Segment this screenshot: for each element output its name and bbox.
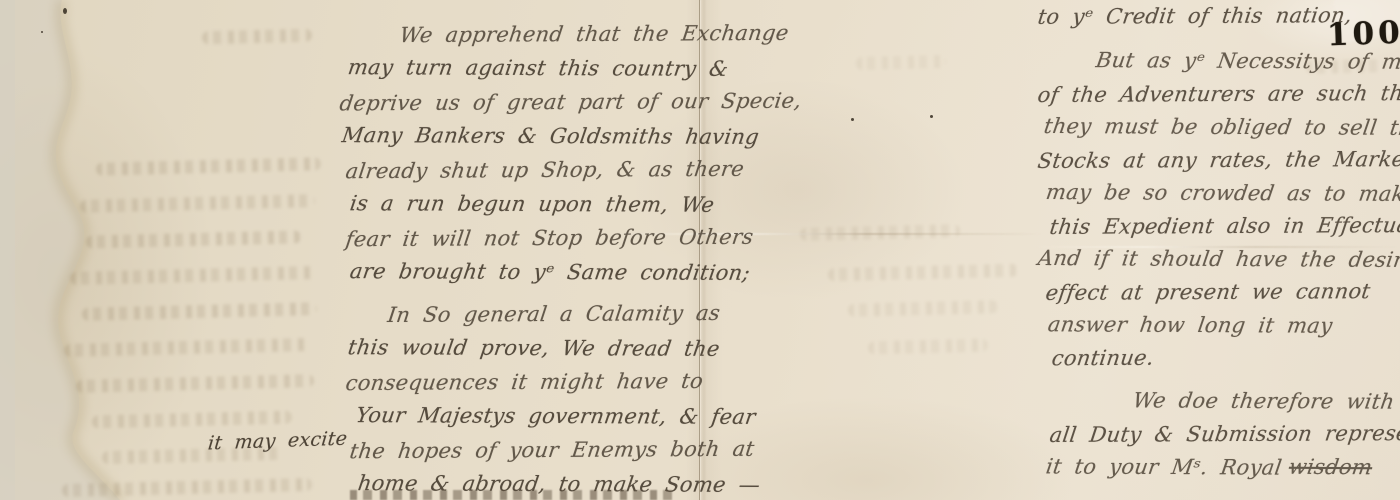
manuscript-line: deprive us of great part of our Specie,: [340, 90, 720, 124]
manuscript-line-text: fear it will not Stop before Others: [344, 225, 755, 251]
manuscript-line-text: Your Majestys government, & fear: [354, 403, 757, 429]
manuscript-line-text: We apprehend that the Exchange: [398, 21, 790, 47]
manuscript-line: of the Adventurers are such that: [1038, 82, 1400, 115]
manuscript-line-text: In So general a Calamity as: [386, 301, 722, 327]
manuscript-line-text: We doe therefore with: [1131, 388, 1396, 413]
manuscript-line: fear it will not Stop before Others: [346, 226, 720, 260]
struck-through-word: wisdom: [1287, 455, 1374, 479]
manuscript-line: consequences it might have to: [346, 370, 720, 404]
manuscript-line-text: they must be obliged to sell their: [1042, 114, 1400, 140]
manuscript-line-text: to yᵉ Credit of this nation,: [1036, 3, 1353, 29]
manuscript-line: And if it should have the desired: [1038, 247, 1400, 280]
ink-speck: [63, 8, 67, 14]
manuscript-line-text: may be so crowded as to make: [1044, 180, 1400, 206]
manuscript-line-text: effect at present we cannot: [1044, 279, 1372, 305]
manuscript-line: We doe therefore with: [1133, 389, 1400, 422]
manuscript-line: effect at present we cannot: [1046, 280, 1400, 313]
manuscript-line-text: Stocks at any rates, the Market: [1036, 147, 1400, 173]
manuscript-line: may turn against this country &: [348, 56, 720, 90]
manuscript-line: answer how long it may: [1048, 313, 1400, 346]
manuscript-line-text: Many Bankers & Goldsmiths having: [340, 123, 760, 149]
manuscript-line: this Expedient also in Effectual: [1050, 214, 1400, 247]
manuscript-line-text: all Duty & Submission represent: [1048, 421, 1400, 447]
manuscript-line-text: But as yᵉ Necessitys of many: [1094, 48, 1400, 74]
bleedthrough-ghost-line: [868, 339, 988, 355]
manuscript-line: are brought to yᵉ Same condition;: [350, 260, 720, 294]
manuscript-line: all Duty & Submission represent: [1050, 422, 1400, 455]
manuscript-line-text: the hopes of your Enemys both at: [348, 437, 756, 463]
manuscript-line: to yᵉ Credit of this nation,: [1038, 4, 1400, 37]
manuscript-line-text: continue.: [1050, 346, 1155, 371]
manuscript-line-text: of the Adventurers are such that: [1036, 81, 1400, 107]
margin-note-text: it may excite: [207, 428, 349, 455]
manuscript-line: may be so crowded as to make: [1046, 181, 1400, 214]
ink-speck: [851, 118, 854, 121]
manuscript-line-text: are brought to yᵉ Same condition;: [348, 259, 751, 285]
right-page-text-block: to yᵉ Credit of this nation, But as yᵉ N…: [1038, 4, 1400, 488]
manuscript-line: But as yᵉ Necessitys of many: [1096, 49, 1400, 82]
manuscript-line-text: this would prove, We dread the: [346, 335, 721, 361]
manuscript-line: continue.: [1052, 346, 1400, 379]
left-page-text-block: We apprehend that the Exchange may turn …: [340, 22, 720, 500]
manuscript-line: Many Bankers & Goldsmiths having: [342, 124, 720, 158]
manuscript-line-text: already shut up Shop, & as there: [344, 157, 745, 183]
manuscript-line-text: this Expedient also in Effectual: [1048, 213, 1400, 239]
manuscript-line-text: deprive us of great part of our Specie,: [338, 89, 803, 116]
manuscript-line: We apprehend that the Exchange: [400, 22, 720, 56]
bleedthrough-ghost-line: [202, 29, 312, 45]
bleedthrough-ghost-line: [848, 300, 998, 317]
bleedthrough-ghost-line: [856, 55, 946, 70]
cutoff-line-fragment: [350, 490, 680, 500]
manuscript-line-text: consequences it might have to: [344, 369, 705, 395]
manuscript-line: the hopes of your Enemys both at: [350, 438, 720, 472]
ink-speck: [41, 31, 43, 33]
manuscript-line-text: And if it should have the desired: [1036, 246, 1400, 272]
manuscript-line: this would prove, We dread the: [348, 336, 720, 370]
manuscript-line: already shut up Shop, & as there: [346, 158, 720, 192]
manuscript-line: it to your Mˢ. Royalwisdom: [1046, 455, 1400, 488]
manuscript-line-text: answer how long it may: [1046, 312, 1334, 337]
manuscript-line: they must be obliged to sell their: [1044, 115, 1400, 148]
bleedthrough-ghost-line: [800, 224, 960, 241]
manuscript-line-text: it to your Mˢ. Royal: [1044, 454, 1283, 479]
manuscript-line: is a run begun upon them, We: [350, 192, 720, 226]
manuscript-line: In So general a Calamity as: [388, 302, 720, 336]
manuscript-line: Your Majestys government, & fear: [356, 404, 720, 438]
manuscript-line-text: may turn against this country &: [346, 55, 730, 81]
bleedthrough-ghost-line: [828, 264, 1018, 282]
manuscript-scan: 100 We apprehend that the Exchange may t…: [0, 0, 1400, 500]
ink-speck: [930, 115, 933, 118]
margin-insertion-note: it may excite: [208, 428, 348, 455]
manuscript-line-text: is a run begun upon them, We: [348, 191, 716, 217]
manuscript-line: Stocks at any rates, the Market: [1038, 148, 1400, 181]
